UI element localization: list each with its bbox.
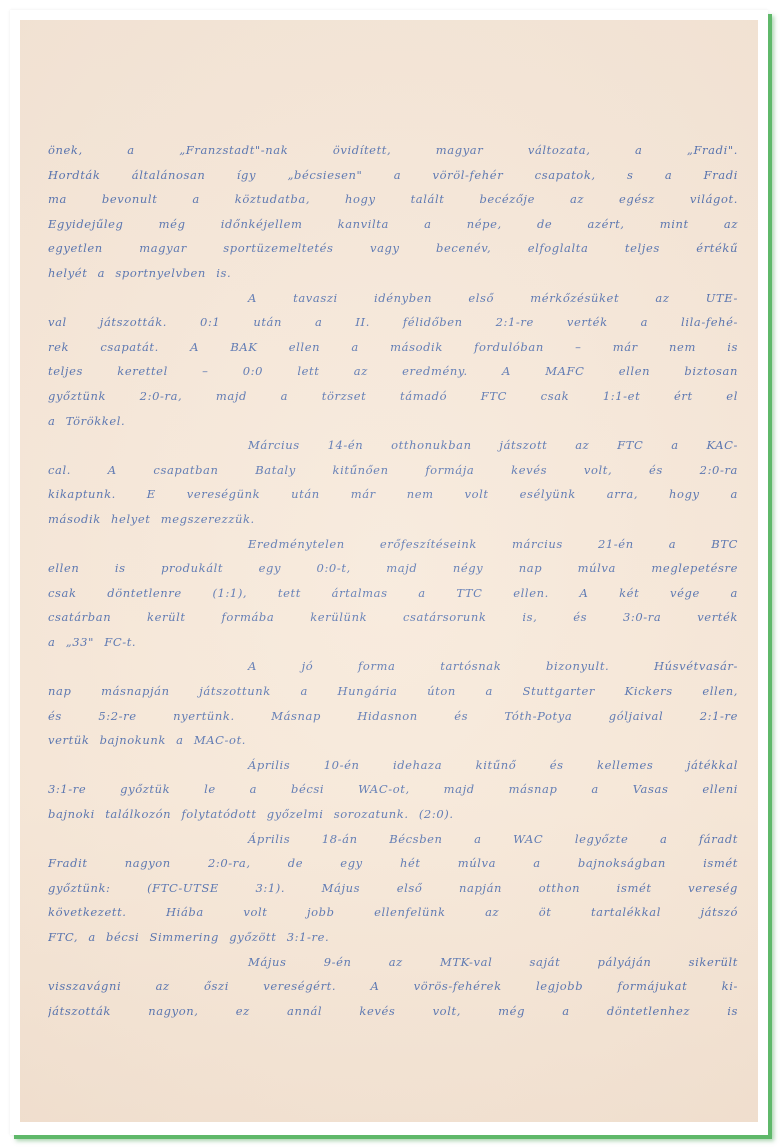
- paragraph-7: Április 18-án Bécsben a WAC legyőzte a f…: [48, 827, 738, 950]
- text-line: rek csapatát. A BAK ellen a második ford…: [48, 335, 738, 360]
- text-line: A tavaszi idényben első mérkőzésüket az …: [48, 286, 738, 311]
- text-line: A jó forma tartósnak bizonyult. Húsvétva…: [48, 654, 738, 679]
- text-line: csak döntetlenre (1:1), tett ártalmas a …: [48, 581, 738, 606]
- text-line: Május 9-én az MTK-val saját pályáján sik…: [48, 950, 738, 975]
- text-line: Március 14-én otthonukban játszott az FT…: [48, 433, 738, 458]
- text-line: Április 10-én idehaza kitűnő és kellemes…: [48, 753, 738, 778]
- paragraph-4: Eredménytelen erőfeszítéseink március 21…: [48, 532, 738, 655]
- paragraph-5: A jó forma tartósnak bizonyult. Húsvétva…: [48, 654, 738, 752]
- text-line: és 5:2-re nyertünk. Másnap Hidasnon és T…: [48, 704, 738, 729]
- text-line: második helyet megszerezzük.: [48, 507, 738, 532]
- text-line: visszavágni az őszi vereségért. A vörös-…: [48, 974, 738, 999]
- text-line: győztünk 2:0-ra, majd a törzset támadó F…: [48, 384, 738, 409]
- text-line: helyét a sportnyelvben is.: [48, 261, 738, 286]
- text-line: Április 18-án Bécsben a WAC legyőzte a f…: [48, 827, 738, 852]
- handwritten-page: önek, a „Franzstadt"-nak övidített, magy…: [20, 20, 758, 1122]
- text-line: csatárban került formába kerülünk csatár…: [48, 605, 738, 630]
- text-line: kikaptunk. E vereségünk után már nem vol…: [48, 482, 738, 507]
- page-frame: önek, a „Franzstadt"-nak övidített, magy…: [10, 10, 768, 1135]
- text-line: teljes kerettel – 0:0 lett az eredmény. …: [48, 359, 738, 384]
- text-line: a „33" FC-t.: [48, 630, 738, 655]
- paragraph-1: önek, a „Franzstadt"-nak övidített, magy…: [48, 138, 738, 286]
- text-line: ellen is produkált egy 0:0-t, majd négy …: [48, 556, 738, 581]
- text-line: a Törökkel.: [48, 409, 738, 434]
- text-line: egyetlen magyar sportüzemeltetés vagy be…: [48, 236, 738, 261]
- handwritten-text-body: önek, a „Franzstadt"-nak övidített, magy…: [48, 138, 738, 1023]
- text-line: Eredménytelen erőfeszítéseink március 21…: [48, 532, 738, 557]
- text-line: Hordták általánosan így „bécsiesen" a vö…: [48, 163, 738, 188]
- paragraph-8: Május 9-én az MTK-val saját pályáján sik…: [48, 950, 738, 1024]
- text-line: Fradit nagyon 2:0-ra, de egy hét múlva a…: [48, 851, 738, 876]
- text-line: következett. Hiába volt jobb ellenfelünk…: [48, 900, 738, 925]
- text-line: 3:1-re győztük le a bécsi WAC-ot, majd m…: [48, 777, 738, 802]
- text-line: vertük bajnokunk a MAC-ot.: [48, 728, 738, 753]
- text-line: Egyidejűleg még időnkéjellem kanvilta a …: [48, 212, 738, 237]
- text-line: önek, a „Franzstadt"-nak övidített, magy…: [48, 138, 738, 163]
- text-line: FTC, a bécsi Simmering győzött 3:1-re.: [48, 925, 738, 950]
- text-line: ma bevonult a köztudatba, hogy talált be…: [48, 187, 738, 212]
- text-line: bajnoki találkozón folytatódott győzelmi…: [48, 802, 738, 827]
- paragraph-3: Március 14-én otthonukban játszott az FT…: [48, 433, 738, 531]
- text-line: játszották nagyon, ez annál kevés volt, …: [48, 999, 738, 1024]
- paragraph-6: Április 10-én idehaza kitűnő és kellemes…: [48, 753, 738, 827]
- text-line: nap másnapján játszottunk a Hungária úto…: [48, 679, 738, 704]
- paragraph-2: A tavaszi idényben első mérkőzésüket az …: [48, 286, 738, 434]
- text-line: val játszották. 0:1 után a II. félidőben…: [48, 310, 738, 335]
- text-line: cal. A csapatban Bataly kitűnően formája…: [48, 458, 738, 483]
- text-line: győztünk: (FTC-UTSE 3:1). Május első nap…: [48, 876, 738, 901]
